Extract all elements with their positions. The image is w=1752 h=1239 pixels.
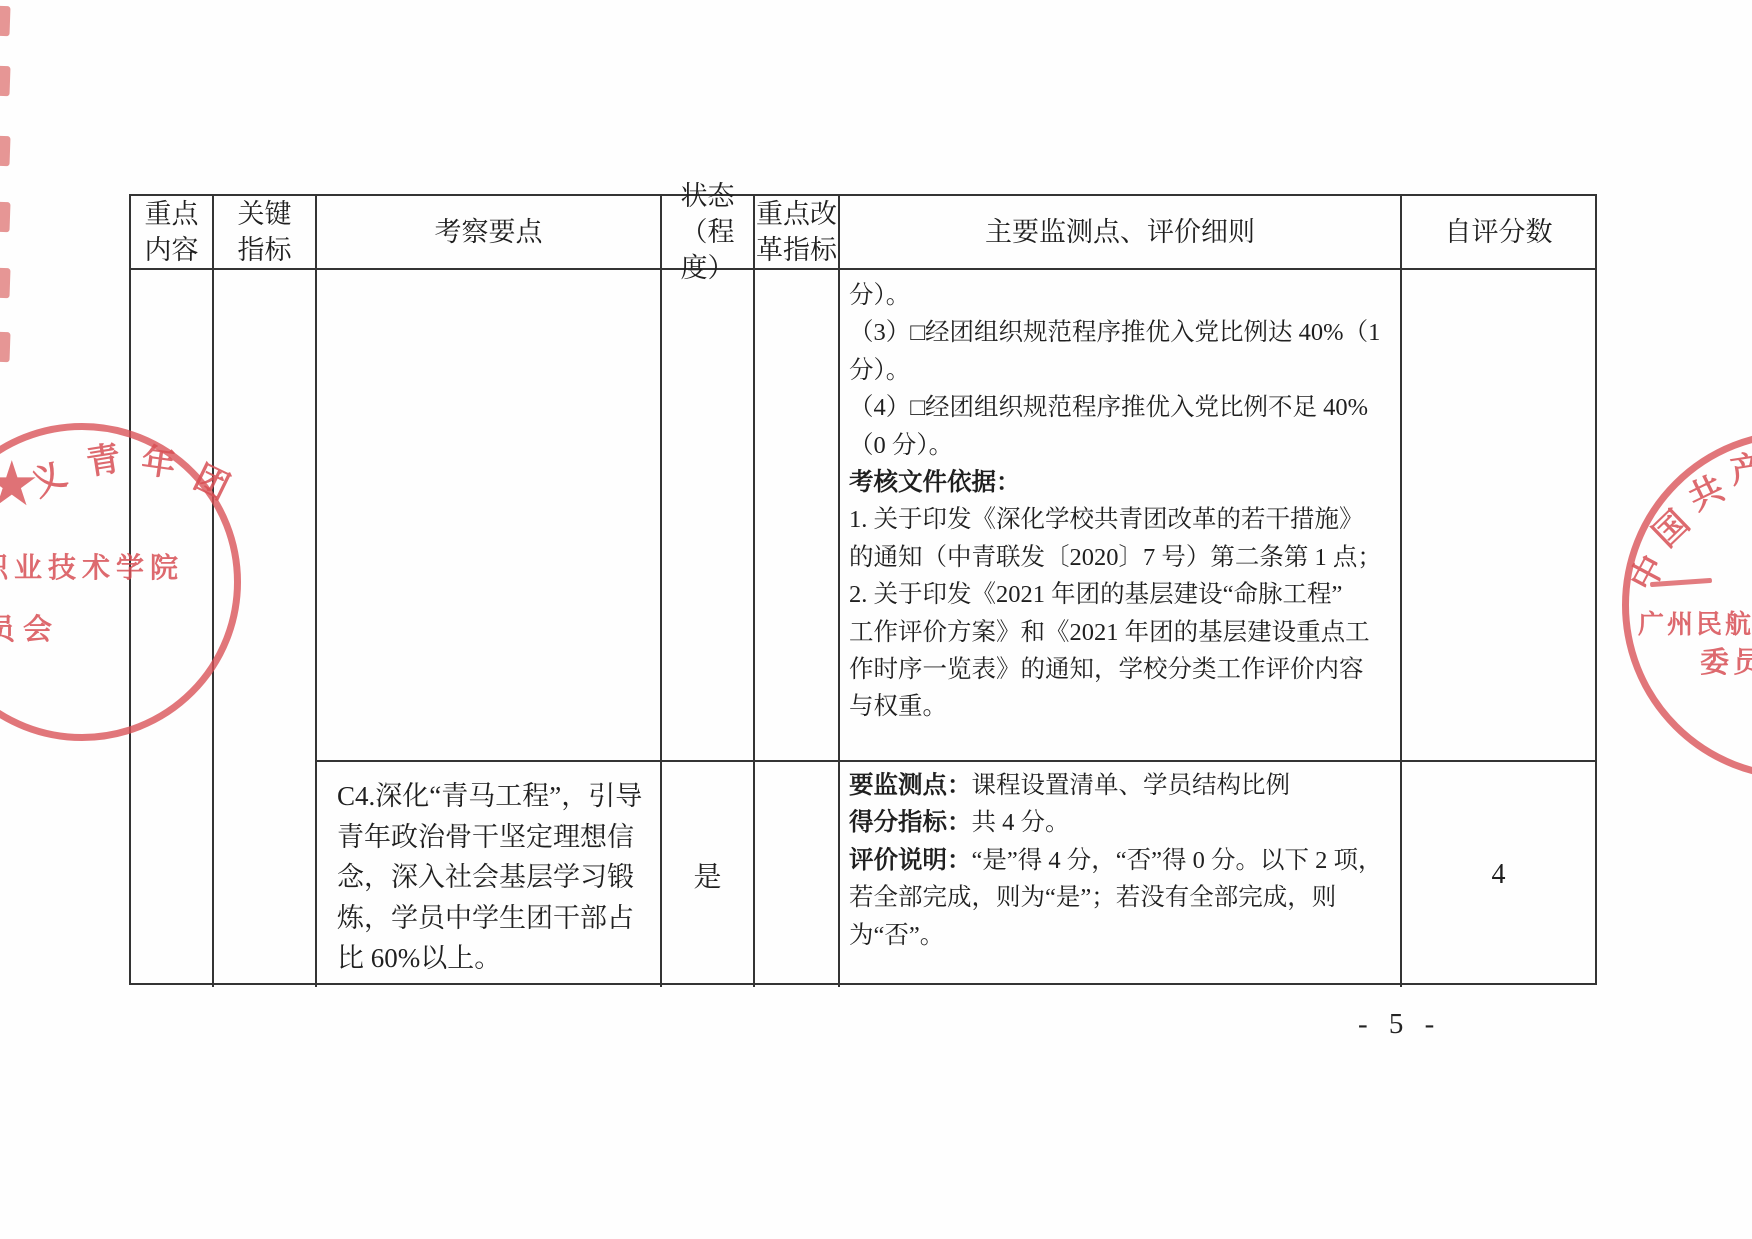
text-line: 作时序一览表》的通知，学校分类工作评价内容 bbox=[849, 651, 1394, 688]
header-inspection: 考察要点 bbox=[317, 196, 662, 270]
red-edge-mark bbox=[0, 202, 11, 232]
text-line: （0 分）。 bbox=[849, 427, 1394, 464]
header-status: 状态 （程度） bbox=[662, 196, 755, 270]
stamp-left-arc-char: 年 bbox=[139, 433, 179, 486]
stamp-right-institution-text: 广州民航职业技术学院 bbox=[1638, 604, 1752, 641]
page-number: - 5 - bbox=[1358, 1008, 1441, 1041]
monitor-cell-c4: 要监测点：课程设置清单、学员结构比例 得分指标：共 4 分。 评价说明：“是”得… bbox=[840, 762, 1402, 987]
red-edge-mark bbox=[0, 136, 11, 166]
stamp-right-committee-text: 委员会 bbox=[1700, 640, 1752, 681]
score-cell-c4: 4 bbox=[1402, 762, 1595, 987]
red-edge-mark bbox=[0, 332, 11, 362]
text-line: 1. 关于印发《深化学校共青团改革的若干措施》 bbox=[849, 501, 1394, 538]
red-edge-mark bbox=[0, 66, 11, 96]
header-key-content: 重点 内容 bbox=[131, 196, 214, 270]
label-monitor-point: 要监测点： bbox=[849, 772, 972, 799]
scanned-document-page: 重点 内容 关键 指标 考察要点 状态 （程度） 重点改 革指标 主要监测点、评… bbox=[0, 0, 1752, 1239]
text-line: 分）。 bbox=[849, 277, 1394, 314]
monitor-point-text: 课程设置清单、学员结构比例 bbox=[972, 772, 1291, 799]
text-line-bold: 考核文件依据： bbox=[849, 464, 1394, 501]
text-line: 的通知（中青联发〔2020〕7 号）第二条第 1 点； bbox=[849, 539, 1394, 576]
text-line: 与权重。 bbox=[849, 688, 1394, 725]
evaluation-table: 重点 内容 关键 指标 考察要点 状态 （程度） 重点改 革指标 主要监测点、评… bbox=[129, 194, 1597, 985]
stamp-left-institution-text: 职业技术学院 bbox=[0, 546, 184, 586]
status-cell-c4: 是 bbox=[662, 762, 755, 987]
inspection-cell-c4: C4.深化“青马工程”，引导青年政治骨干坚定理想信念，深入社会基层学习锻炼，学员… bbox=[317, 762, 662, 987]
text-line: 工作评价方案》和《2021 年团的基层建设重点工 bbox=[849, 614, 1394, 651]
text-line: 得分指标：共 4 分。 bbox=[849, 804, 1394, 841]
red-edge-mark bbox=[0, 268, 11, 298]
stamp-left-committee-text: 员会 bbox=[0, 607, 60, 648]
score-indicator-text: 共 4 分。 bbox=[972, 809, 1070, 836]
text-line: （3）□经团组织规范程序推优入党比例达 40%（1 bbox=[849, 314, 1394, 351]
header-reform: 重点改 革指标 bbox=[755, 196, 840, 270]
red-edge-mark bbox=[0, 6, 11, 36]
status-cell-empty bbox=[662, 270, 755, 762]
header-key-indicator: 关键 指标 bbox=[214, 196, 317, 270]
label-score-indicator: 得分指标： bbox=[849, 809, 972, 836]
reform-cell-empty bbox=[755, 270, 840, 762]
text-line: （4）□经团组织规范程序推优入党比例不足 40% bbox=[849, 389, 1394, 426]
header-self-score: 自评分数 bbox=[1402, 196, 1595, 270]
reform-cell-c4 bbox=[755, 762, 840, 987]
header-monitor: 主要监测点、评价细则 bbox=[840, 196, 1402, 270]
monitor-cell-row1: 分）。 （3）□经团组织规范程序推优入党比例达 40%（1 分）。 （4）□经团… bbox=[840, 270, 1402, 762]
text-line: 分）。 bbox=[849, 352, 1394, 389]
star-icon: ★ bbox=[0, 447, 40, 521]
score-cell-row1 bbox=[1402, 270, 1595, 762]
label-evaluation-note: 评价说明： bbox=[849, 847, 972, 874]
text-line: 要监测点：课程设置清单、学员结构比例 bbox=[849, 767, 1394, 804]
text-paragraph: 评价说明：“是”得 4 分，“否”得 0 分。以下 2 项，若全部完成，则为“是… bbox=[849, 842, 1394, 954]
text-line: 2. 关于印发《2021 年团的基层建设“命脉工程” bbox=[849, 576, 1394, 613]
inspection-cell-empty bbox=[317, 270, 662, 762]
